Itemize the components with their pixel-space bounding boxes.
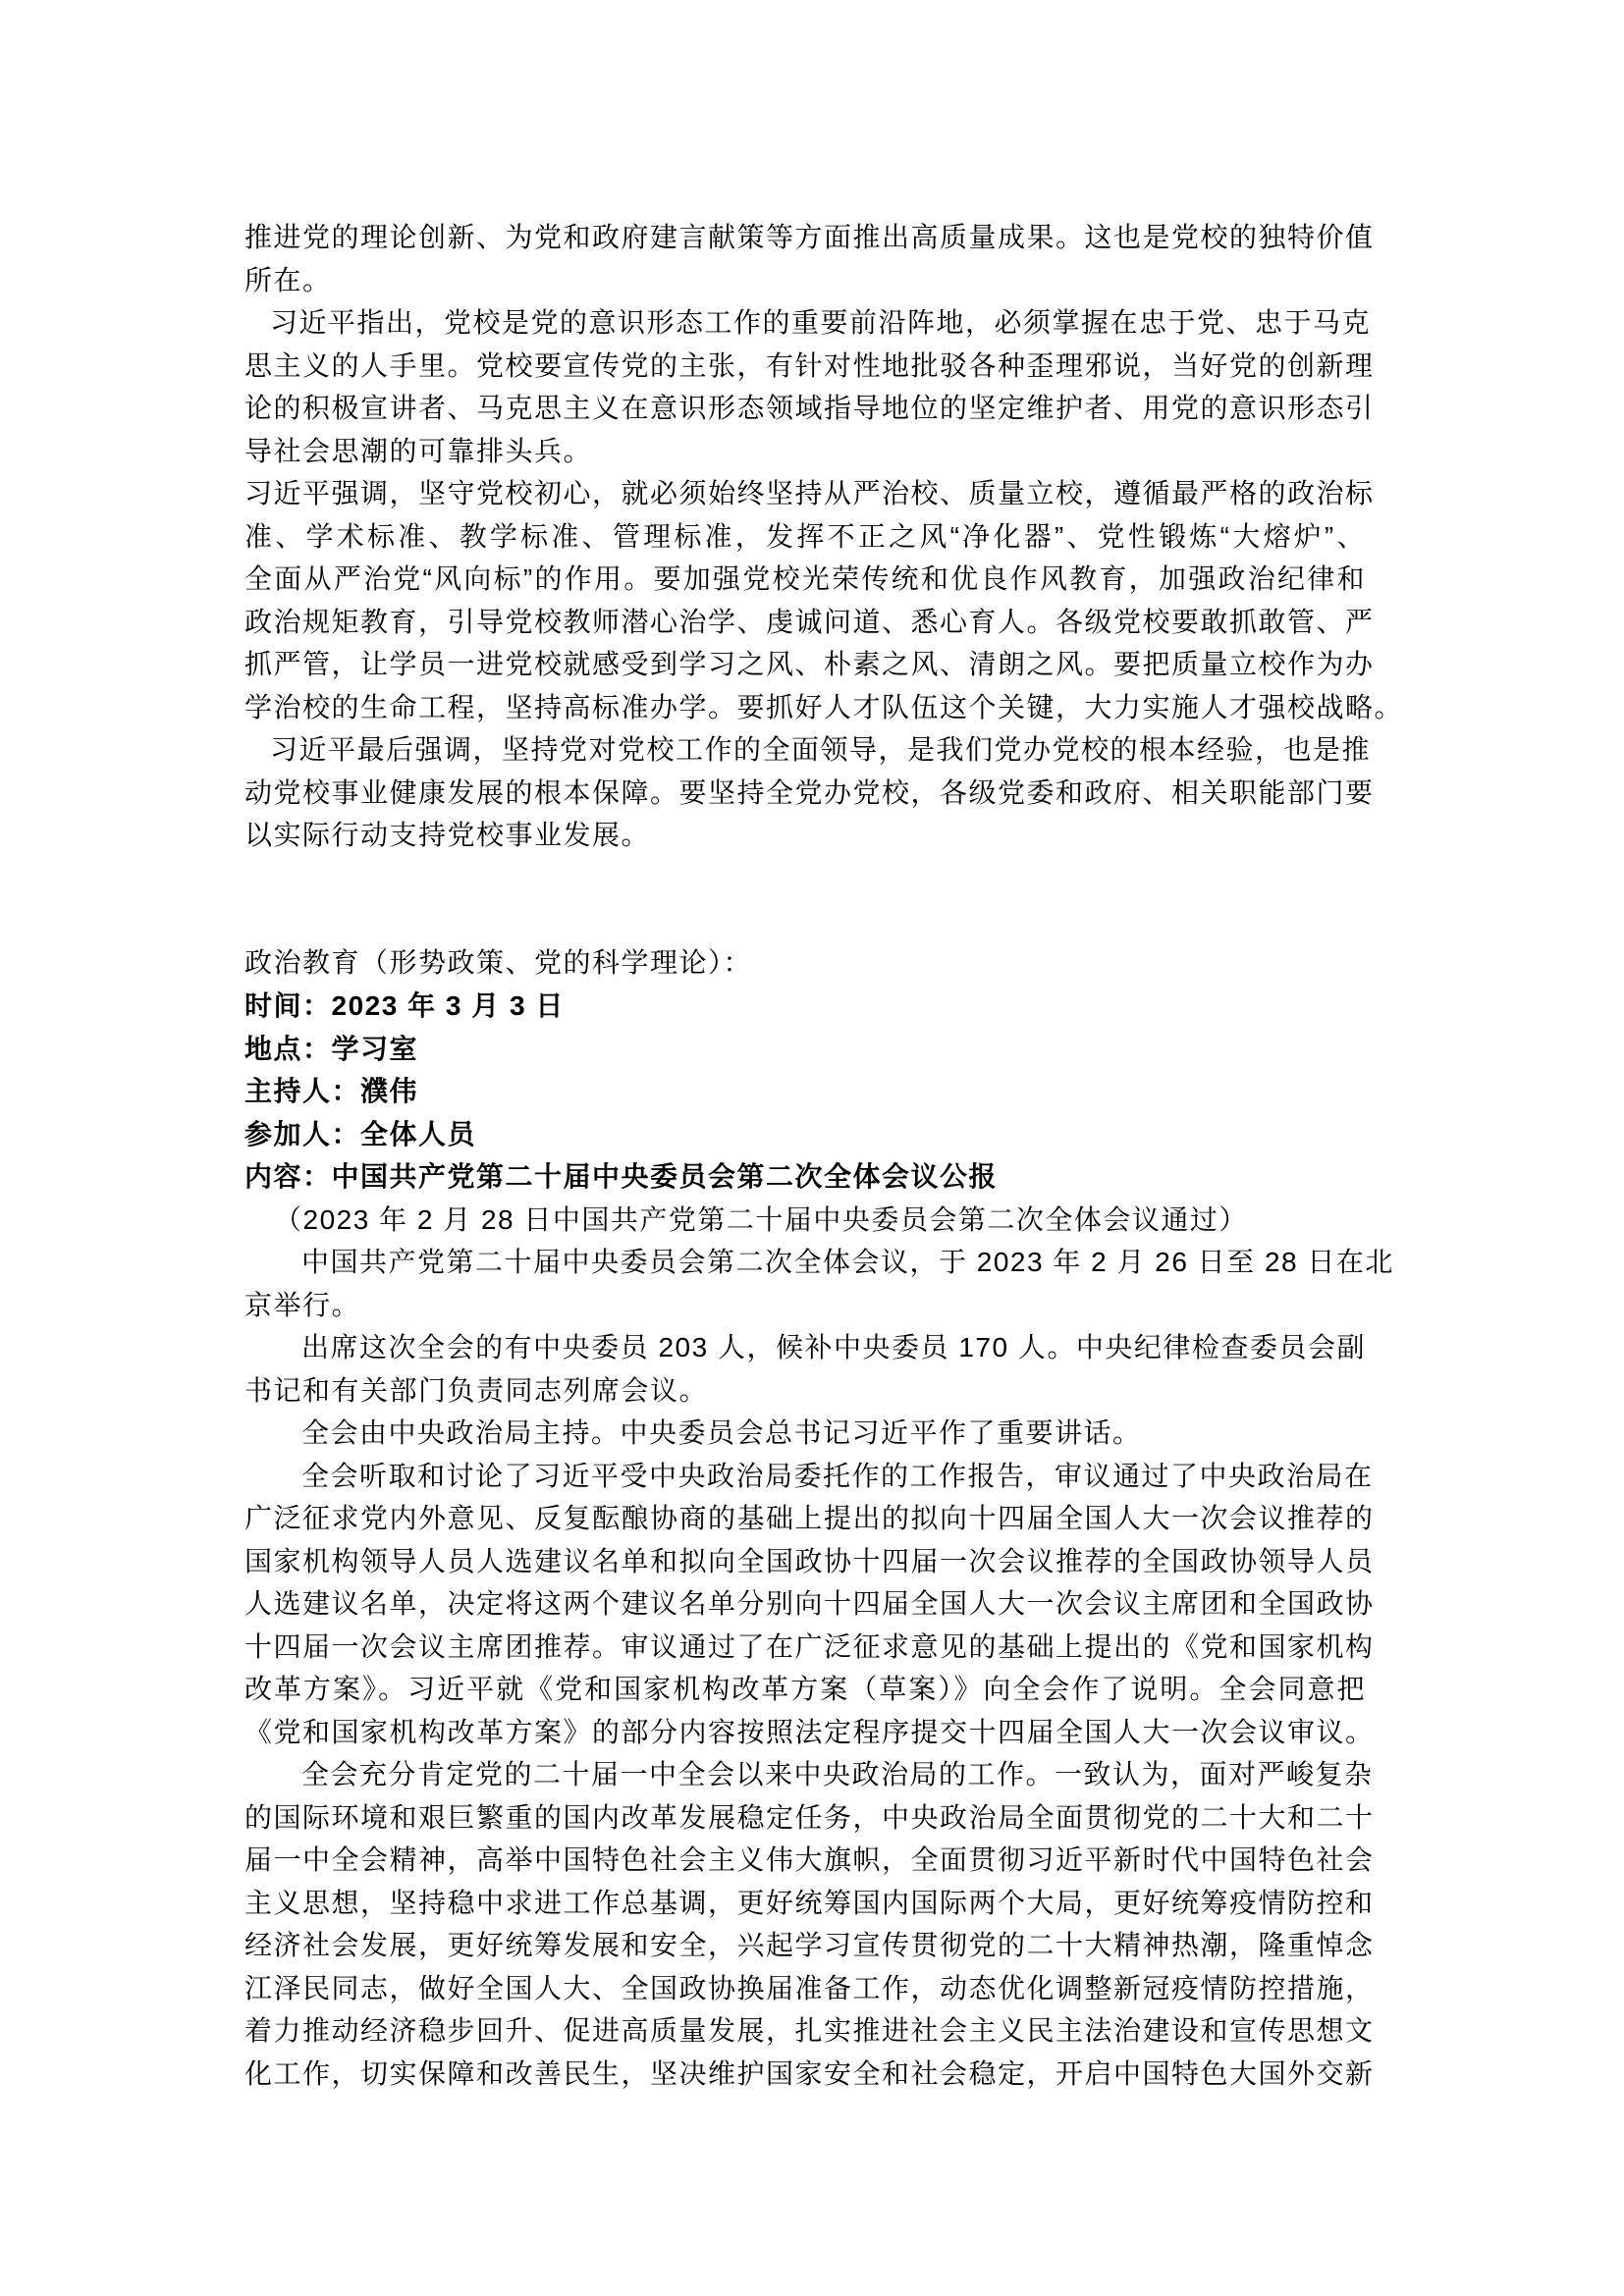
- text-line: 习近平最后强调，坚持党对党校工作的全面领导，是我们党办党校的根本经验，也是推: [244, 728, 1366, 772]
- text-line: 经济社会发展，更好统筹发展和安全，兴起学习宣传贯彻党的二十大精神热潮，隆重悼念: [244, 1924, 1366, 1967]
- document-page: 推进党的理论创新、为党和政府建言献策等方面推出高质量成果。这也是党校的独特价值所…: [0, 0, 1624, 2296]
- text-line: 政治规矩教育，引导党校教师潜心治学、虔诚问道、悉心育人。各级党校要敢抓敢管、严: [244, 601, 1366, 644]
- document-content: 推进党的理论创新、为党和政府建言献策等方面推出高质量成果。这也是党校的独特价值所…: [244, 216, 1366, 2095]
- text-line: 改革方案》。习近平就《党和国家机构改革方案（草案）》向全会作了说明。全会同意把: [244, 1668, 1366, 1711]
- text-line: 抓严管，让学员一进党校就感受到学习之风、朴素之风、清朗之风。要把质量立校作为办: [244, 643, 1366, 686]
- text-line: 的国际环境和艰巨繁重的国内改革发展稳定任务，中央政治局全面贯彻党的二十大和二十: [244, 1796, 1366, 1840]
- text-line: 内容：中国共产党第二十届中央委员会第二次全体会议公报: [244, 1155, 1366, 1199]
- blank-line: [244, 899, 1366, 942]
- text-line: 国家机构领导人员人选建议名单和拟向全国政协十四届一次会议推荐的全国政协领导人员: [244, 1540, 1366, 1583]
- text-line: 习近平指出，党校是党的意识形态工作的重要前沿阵地，必须掌握在忠于党、忠于马克: [244, 301, 1366, 345]
- text-line: 书记和有关部门负责同志列席会议。: [244, 1369, 1366, 1413]
- text-line: 准、学术标准、教学标准、管理标准，发挥不正之风“净化器”、党性锻炼“大熔炉”、: [244, 515, 1366, 559]
- text-line: 推进党的理论创新、为党和政府建言献策等方面推出高质量成果。这也是党校的独特价值: [244, 216, 1366, 259]
- text-line: 时间：2023 年 3 月 3 日: [244, 985, 1366, 1028]
- political-education-section: 政治教育（形势政策、党的科学理论）：时间：2023 年 3 月 3 日地点：学习…: [244, 942, 1366, 2096]
- text-line: 出席这次全会的有中央委员 203 人，候补中央委员 170 人。中央纪律检查委员…: [244, 1326, 1366, 1369]
- text-line: 化工作，切实保障和改善民生，坚决维护国家安全和社会稳定，开启中国特色大国外交新: [244, 2053, 1366, 2096]
- text-line: 参加人：全体人员: [244, 1113, 1366, 1156]
- text-line: 中国共产党第二十届中央委员会第二次全体会议，于 2023 年 2 月 26 日至…: [244, 1241, 1366, 1284]
- text-line: 江泽民同志，做好全国人大、全国政协换届准备工作，动态优化调整新冠疫情防控措施，: [244, 1967, 1366, 2010]
- text-line: 动党校事业健康发展的根本保障。要坚持全党办党校，各级党委和政府、相关职能部门要: [244, 772, 1366, 815]
- text-line: （2023 年 2 月 28 日中国共产党第二十届中央委员会第二次全体会议通过）: [244, 1199, 1366, 1242]
- text-line: 地点：学习室: [244, 1028, 1366, 1071]
- text-line: 主义思想，坚持稳中求进工作总基调，更好统筹国内国际两个大局，更好统筹疫情防控和: [244, 1882, 1366, 1925]
- text-line: 习近平强调，坚守党校初心，就必须始终坚持从严治校、质量立校，遵循最严格的政治标: [244, 472, 1366, 515]
- text-line: 全会充分肯定党的二十届一中全会以来中央政治局的工作。一致认为，面对严峻复杂: [244, 1753, 1366, 1796]
- text-line: 广泛征求党内外意见、反复酝酿协商的基础上提出的拟向十四届全国人大一次会议推荐的: [244, 1497, 1366, 1540]
- text-line: 京举行。: [244, 1284, 1366, 1327]
- text-line: 导社会思潮的可靠排头兵。: [244, 430, 1366, 473]
- text-line: 政治教育（形势政策、党的科学理论）：: [244, 942, 1366, 986]
- text-line: 十四届一次会议主席团推荐。审议通过了在广泛征求意见的基础上提出的《党和国家机构: [244, 1626, 1366, 1669]
- text-line: 学治校的生命工程，坚持高标准办学。要抓好人才队伍这个关键，大力实施人才强校战略。: [244, 686, 1366, 729]
- text-line: 全会由中央政治局主持。中央委员会总书记习近平作了重要讲话。: [244, 1412, 1366, 1455]
- text-line: 论的积极宣讲者、马克思主义在意识形态领域指导地位的坚定维护者、用党的意识形态引: [244, 387, 1366, 430]
- text-line: 思主义的人手里。党校要宣传党的主张，有针对性地批驳各种歪理邪说，当好党的创新理: [244, 345, 1366, 388]
- blank-line: [244, 857, 1366, 900]
- text-line: 全会听取和讨论了习近平受中央政治局委托作的工作报告，审议通过了中央政治局在: [244, 1455, 1366, 1498]
- text-line: 主持人：濮伟: [244, 1070, 1366, 1113]
- text-line: 全面从严治党“风向标”的作用。要加强党校光荣传统和优良作风教育，加强政治纪律和: [244, 558, 1366, 601]
- text-line: 《党和国家机构改革方案》的部分内容按照法定程序提交十四届全国人大一次会议审议。: [244, 1711, 1366, 1754]
- text-line: 着力推动经济稳步回升、促进高质量发展，扎实推进社会主义民主法治建设和宣传思想文: [244, 2009, 1366, 2053]
- text-line: 人选建议名单，决定将这两个建议名单分别向十四届全国人大一次会议主席团和全国政协: [244, 1582, 1366, 1626]
- text-line: 所在。: [244, 259, 1366, 302]
- party-school-speech-section: 推进党的理论创新、为党和政府建言献策等方面推出高质量成果。这也是党校的独特价值所…: [244, 216, 1366, 857]
- text-line: 以实际行动支持党校事业发展。: [244, 814, 1366, 857]
- text-line: 届一中全会精神，高举中国特色社会主义伟大旗帜，全面贯彻习近平新时代中国特色社会: [244, 1839, 1366, 1882]
